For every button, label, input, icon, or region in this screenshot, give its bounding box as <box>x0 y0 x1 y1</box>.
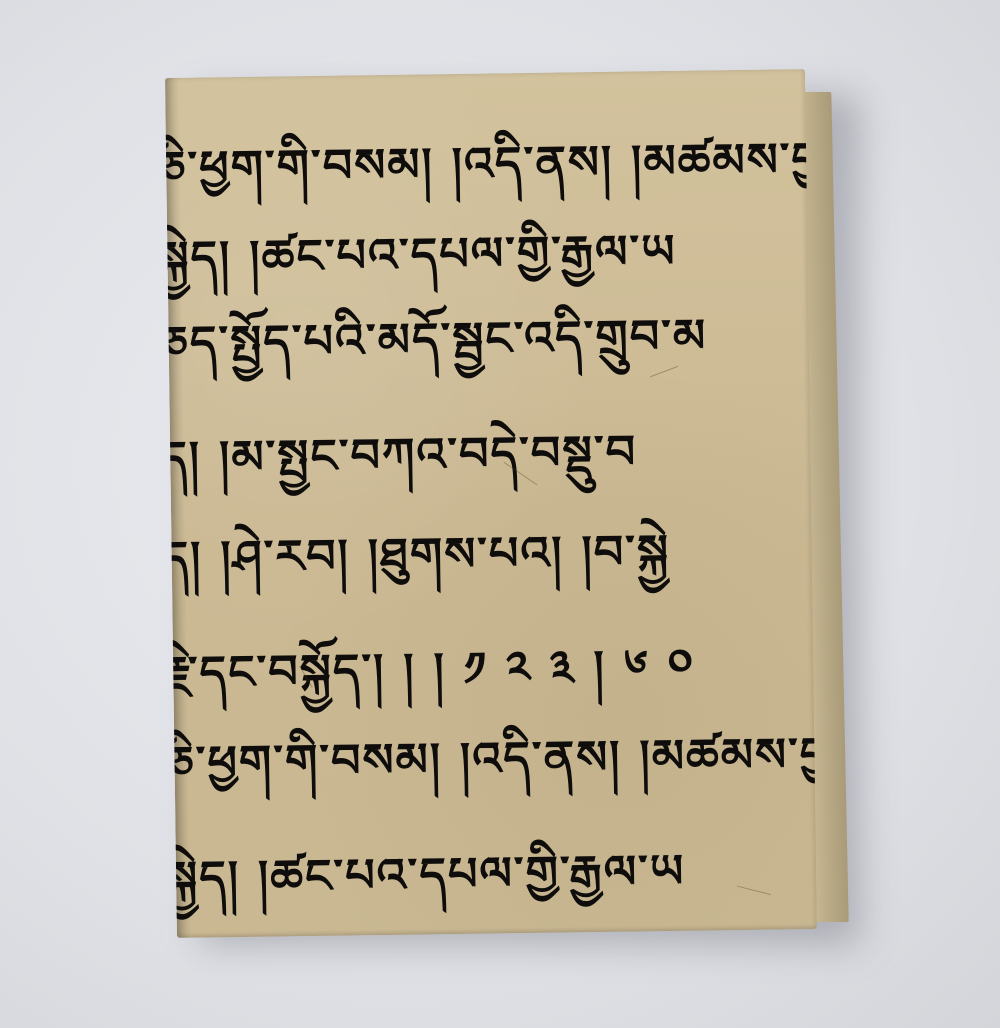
notebook-cover: ཅི་ཕྱག་གི་བསམ། །འདི་ནས། །མཚམས་བྱང་ སྐྱེད… <box>165 69 817 938</box>
script-row-7: ཅི་ཕྱག་གི་བསམ། །འདི་ནས། །མཚམས་བྱང་ <box>165 703 817 842</box>
script-row-8: སྐྱེད། །ཚང་པའ་དཔལ་གྱི་རྒྱལ་ཡ <box>165 821 686 938</box>
paper-fiber <box>737 886 771 896</box>
